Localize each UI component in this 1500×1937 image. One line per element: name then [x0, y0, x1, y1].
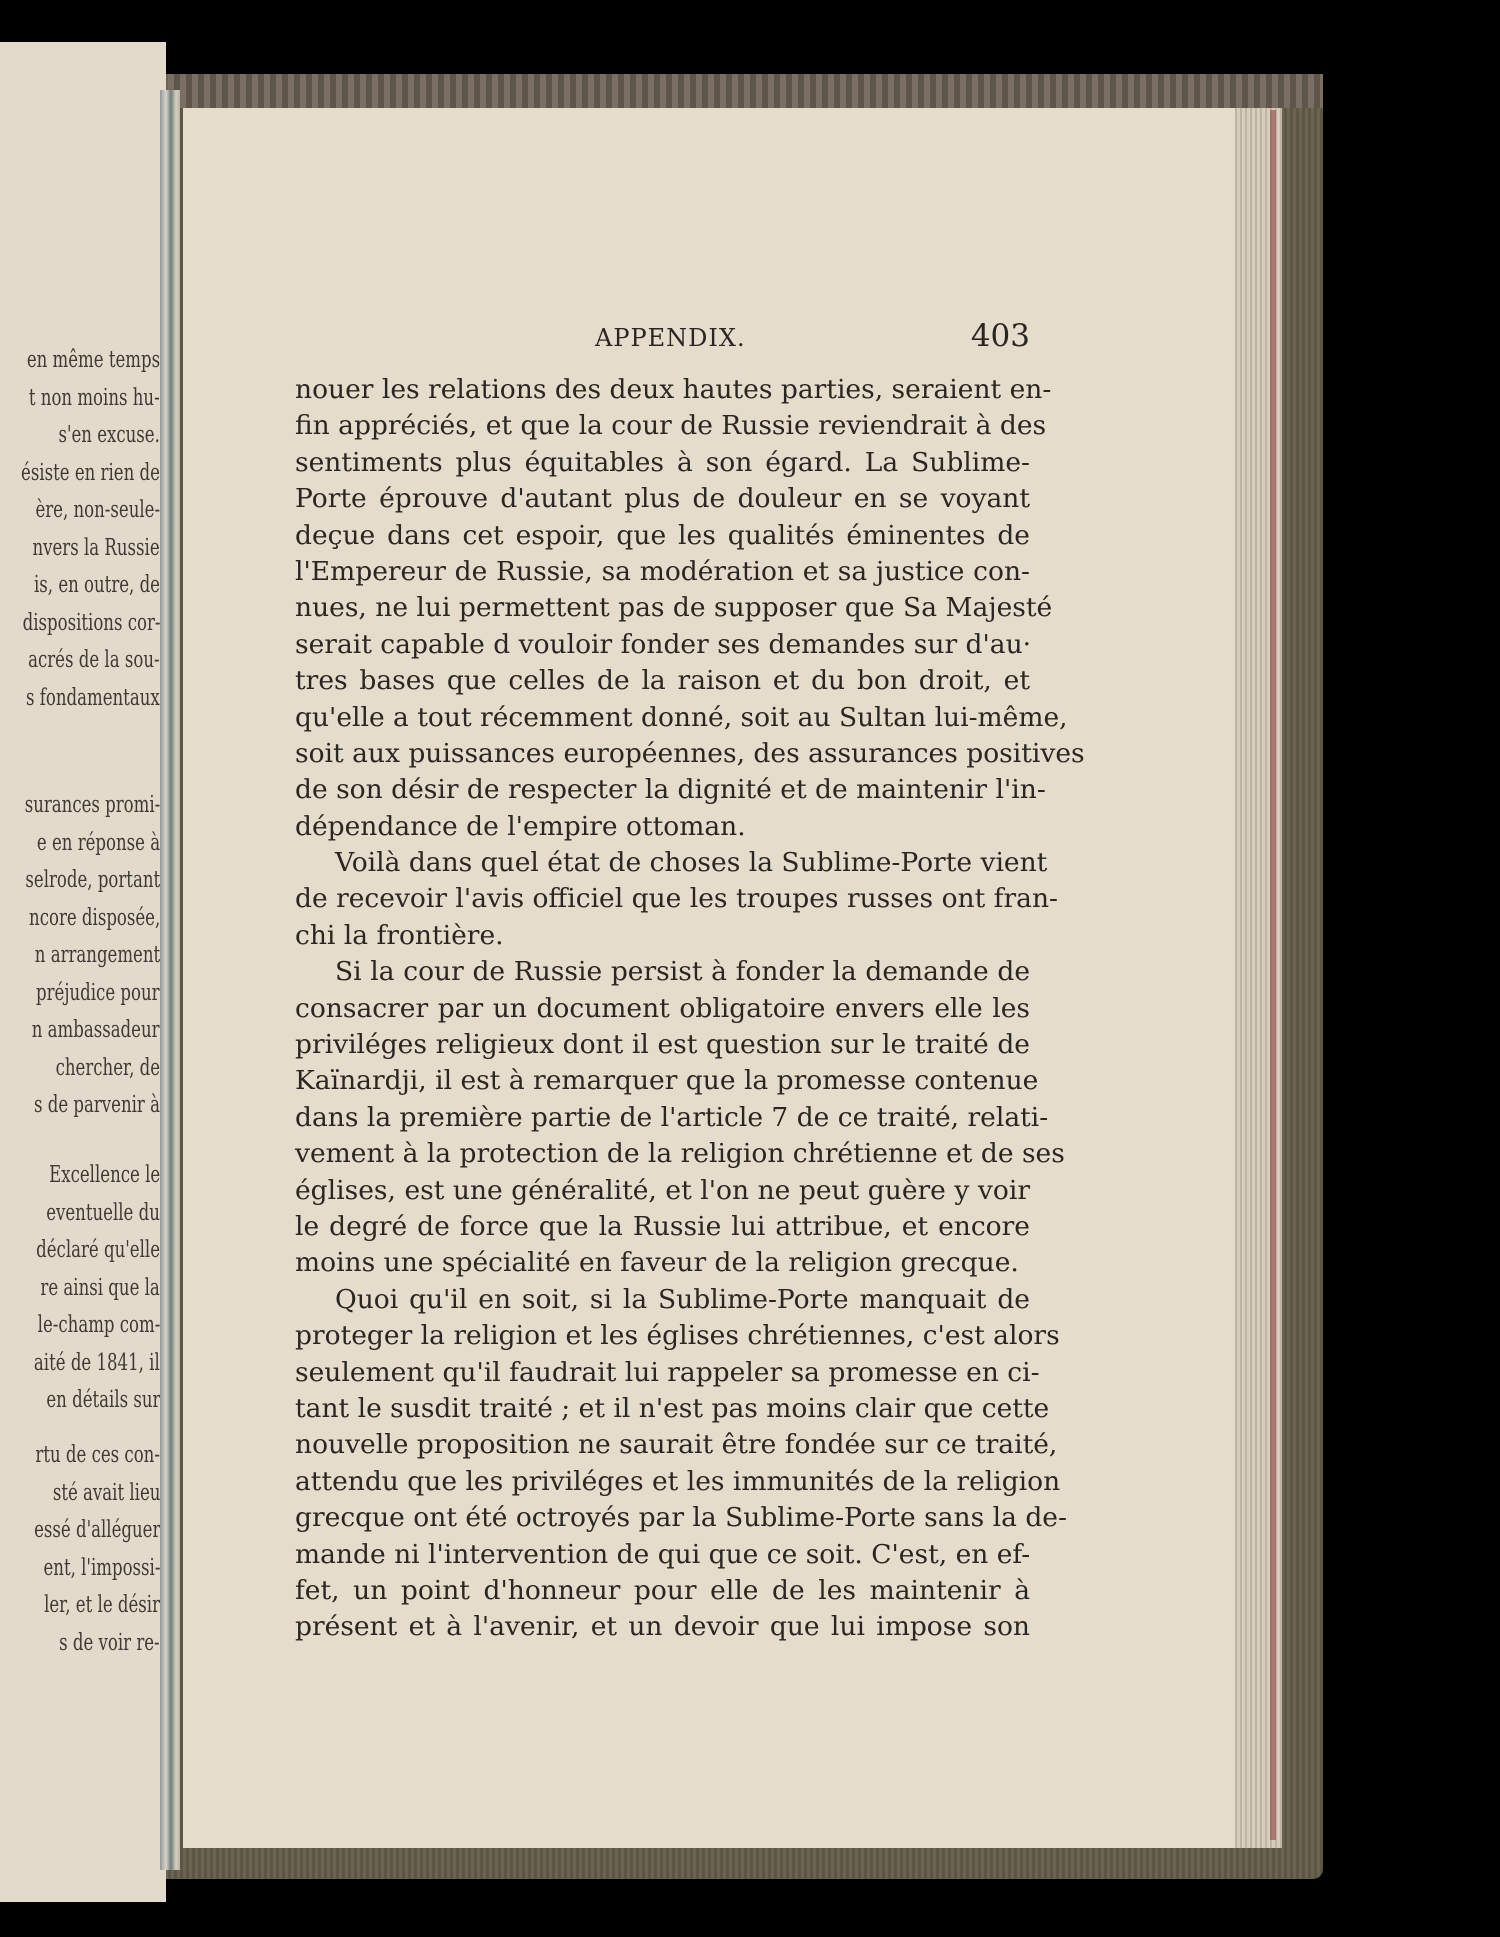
left-page-line: surances promi-	[24, 792, 160, 818]
text-line: chi la frontière.	[295, 918, 1030, 954]
left-page-line: nvers la Russie	[33, 535, 160, 561]
paragraph-start: Si la cour de Russie persist à fonder la…	[295, 954, 1030, 990]
left-page-line: essé d'alléguer	[34, 1517, 160, 1543]
left-page-line: eventuelle du	[46, 1200, 160, 1226]
text-line: sentiments plus équitables à son égard. …	[295, 445, 1030, 481]
text-line: nouvelle proposition ne saurait être fon…	[295, 1427, 1030, 1463]
text-line: de son désir de respecter la dignité et …	[295, 772, 1030, 808]
text-line: grecque ont été octroyés par la Sublime-…	[295, 1500, 1030, 1536]
text-line: vement à la protection de la religion ch…	[295, 1136, 1030, 1172]
text-line: mande ni l'intervention de qui que ce so…	[295, 1537, 1030, 1573]
text-line: seulement qu'il faudrait lui rappeler sa…	[295, 1355, 1030, 1391]
left-page-line: sté avait lieu	[52, 1480, 160, 1506]
text-line: Porte éprouve d'autant plus de douleur e…	[295, 481, 1030, 517]
text-line: priviléges religieux dont il est questio…	[295, 1027, 1030, 1063]
text-line: fet, un point d'honneur pour elle de les…	[295, 1573, 1030, 1609]
paragraph-start: Quoi qu'il en soit, si la Sublime-Porte …	[295, 1282, 1030, 1318]
text-line: moins une spécialité en faveur de la rel…	[295, 1245, 1030, 1281]
left-page-line: is, en outre, de	[34, 572, 160, 598]
text-line: nues, ne lui permettent pas de supposer …	[295, 590, 1030, 626]
left-page-line: le-champ com-	[37, 1312, 160, 1338]
text-line: présent et à l'avenir, et un devoir que …	[295, 1609, 1030, 1645]
book-cover-top-edge	[168, 74, 1323, 108]
book-gutter	[160, 90, 180, 1870]
text-line: fin appréciés, et que la cour de Russie …	[295, 408, 1030, 444]
left-page-line: déclaré qu'elle	[36, 1237, 160, 1263]
left-page-line: chercher, de	[56, 1055, 160, 1081]
left-page-line: ler, et le désir	[44, 1592, 160, 1618]
left-page-line: n arrangement	[35, 942, 160, 968]
running-head: APPENDIX.	[595, 324, 746, 352]
text-line: qu'elle a tout récemment donné, soit au …	[295, 700, 1030, 736]
red-page-edge	[1270, 110, 1276, 1840]
paragraph-start: Voilà dans quel état de choses la Sublim…	[295, 845, 1030, 881]
text-line: consacrer par un document obligatoire en…	[295, 991, 1030, 1027]
text-line: tant le susdit traité ; et il n'est pas …	[295, 1391, 1030, 1427]
left-page-line: ent, l'impossi-	[43, 1555, 160, 1581]
left-page-line: ère, non-seule-	[35, 497, 160, 523]
left-page-line: s de parvenir à	[34, 1092, 160, 1118]
left-page-line: aité de 1841, il	[34, 1350, 160, 1376]
text-line: de recevoir l'avis officiel que les trou…	[295, 881, 1030, 917]
text-line: églises, est une généralité, et l'on ne …	[295, 1173, 1030, 1209]
text-line: l'Empereur de Russie, sa modération et s…	[295, 554, 1030, 590]
page-number: 403	[971, 318, 1030, 354]
text-line: nouer les relations des deux hautes part…	[295, 372, 1030, 408]
text-line: soit aux puissances européennes, des ass…	[295, 736, 1030, 772]
left-page-line: s de voir re-	[59, 1630, 160, 1656]
text-line: proteger la religion et les églises chré…	[295, 1318, 1030, 1354]
left-page-line: dispositions cor-	[22, 610, 160, 636]
left-page-line: en même temps	[27, 347, 160, 373]
text-line: Kaïnardji, il est à remarquer que la pro…	[295, 1063, 1030, 1099]
left-page-line: s'en excuse.	[59, 422, 160, 448]
left-page-line: re ainsi que la	[41, 1275, 160, 1301]
left-page-line: t non moins hu-	[29, 385, 160, 411]
left-page-line: ésiste en rien de	[21, 460, 160, 486]
text-line: dépendance de l'empire ottoman.	[295, 809, 1030, 845]
page-header: APPENDIX. 403	[295, 318, 1030, 358]
left-page-line: préjudice pour	[36, 980, 160, 1006]
left-page-line: acrés de la sou-	[29, 647, 160, 673]
left-page: en même tempst non moins hu-s'en excuse.…	[0, 42, 166, 1902]
left-page-line: n ambassadeur	[32, 1017, 160, 1043]
text-line: le degré de force que la Russie lui attr…	[295, 1209, 1030, 1245]
left-page-line: rtu de ces con-	[35, 1442, 160, 1468]
text-line: serait capable d vouloir fonder ses dema…	[295, 627, 1030, 663]
left-page-line: ncore disposée,	[29, 905, 160, 931]
text-line: dans la première partie de l'article 7 d…	[295, 1100, 1030, 1136]
left-page-line: selrode, portant	[25, 867, 160, 893]
left-page-line: Excellence le	[49, 1162, 160, 1188]
left-page-line: e en réponse à	[37, 830, 160, 856]
left-page-line: s fondamentaux	[26, 685, 160, 711]
text-line: deçue dans cet espoir, que les qualités …	[295, 518, 1030, 554]
text-line: tres bases que celles de la raison et du…	[295, 663, 1030, 699]
text-line: attendu que les priviléges et les immuni…	[295, 1464, 1030, 1500]
left-page-line: en détails sur	[46, 1387, 160, 1413]
body-text: nouer les relations des deux hautes part…	[295, 372, 1030, 1646]
